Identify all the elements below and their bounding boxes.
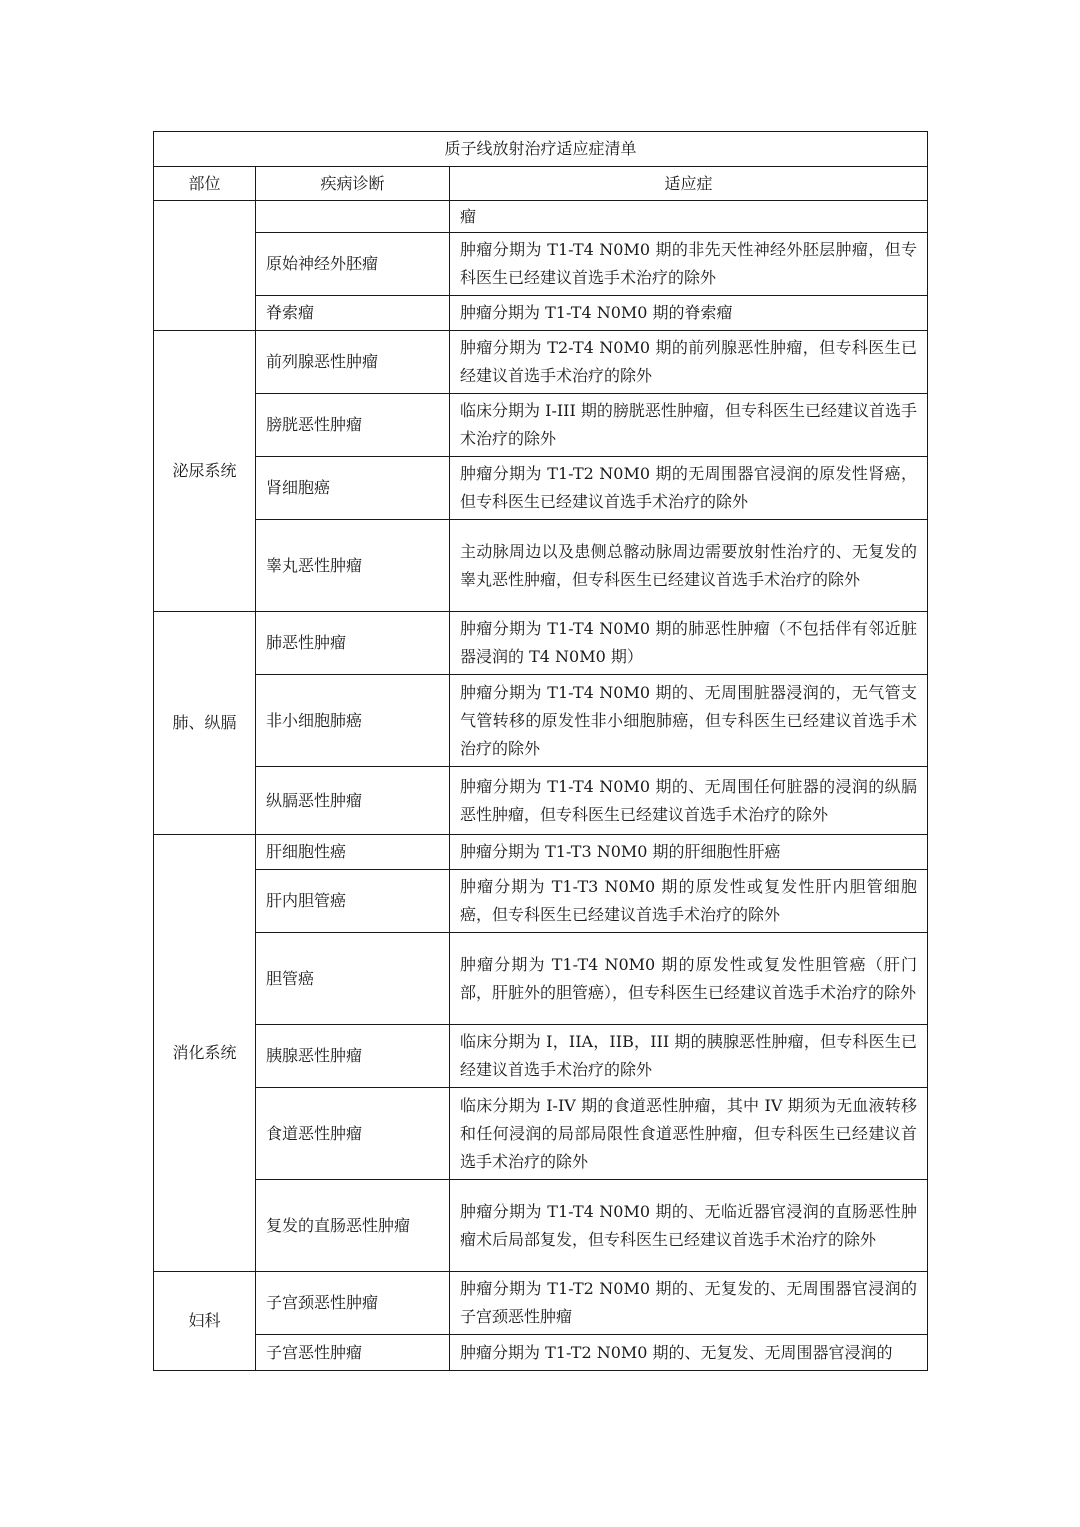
table-row: 胰腺恶性肿瘤 临床分期为 I，IIA，IIB，III 期的胰腺恶性肿瘤，但专科医…: [154, 1025, 928, 1088]
table-row: 泌尿系统 前列腺恶性肿瘤 肿瘤分期为 T2-T4 N0M0 期的前列腺恶性肿瘤，…: [154, 331, 928, 394]
table-row: 胆管癌 肿瘤分期为 T1-T4 N0M0 期的原发性或复发性胆管癌（肝门部，肝脏…: [154, 933, 928, 1025]
indication-cell: 主动脉周边以及患侧总髂动脉周边需要放射性治疗的、无复发的睾丸恶性肿瘤，但专科医生…: [450, 520, 928, 612]
table-row: 原始神经外胚瘤 肿瘤分期为 T1-T4 N0M0 期的非先天性神经外胚层肿瘤，但…: [154, 233, 928, 296]
diagnosis-cell: 食道恶性肿瘤: [256, 1088, 450, 1180]
header-indication: 适应症: [450, 167, 928, 201]
indication-cell: 肿瘤分期为 T1-T4 N0M0 期的肺恶性肿瘤（不包括伴有邻近脏器浸润的 T4…: [450, 612, 928, 675]
indication-cell: 肿瘤分期为 T1-T4 N0M0 期的原发性或复发性胆管癌（肝门部，肝脏外的胆管…: [450, 933, 928, 1025]
table-row: 非小细胞肺癌 肿瘤分期为 T1-T4 N0M0 期的、无周围脏器浸润的，无气管支…: [154, 675, 928, 767]
header-row: 部位 疾病诊断 适应症: [154, 167, 928, 201]
diagnosis-cell: 子宫恶性肿瘤: [256, 1335, 450, 1371]
table-row: 瘤: [154, 201, 928, 233]
table-row: 纵膈恶性肿瘤 肿瘤分期为 T1-T4 N0M0 期的、无周围任何脏器的浸润的纵膈…: [154, 767, 928, 835]
indication-cell: 肿瘤分期为 T1-T2 N0M0 期的、无复发、无周围器官浸润的: [450, 1335, 928, 1371]
table-row: 脊索瘤 肿瘤分期为 T1-T4 N0M0 期的脊索瘤: [154, 296, 928, 331]
table-row: 妇科 子宫颈恶性肿瘤 肿瘤分期为 T1-T2 N0M0 期的、无复发的、无周围器…: [154, 1272, 928, 1335]
indication-cell: 临床分期为 I，IIA，IIB，III 期的胰腺恶性肿瘤，但专科医生已经建议首选…: [450, 1025, 928, 1088]
table-row: 子宫恶性肿瘤 肿瘤分期为 T1-T2 N0M0 期的、无复发、无周围器官浸润的: [154, 1335, 928, 1371]
header-region: 部位: [154, 167, 256, 201]
diagnosis-cell: 膀胱恶性肿瘤: [256, 394, 450, 457]
diagnosis-cell: 肝细胞性癌: [256, 835, 450, 870]
title-row: 质子线放射治疗适应症清单: [154, 132, 928, 167]
indication-cell: 肿瘤分期为 T1-T4 N0M0 期的、无周围脏器浸润的，无气管支气管转移的原发…: [450, 675, 928, 767]
diagnosis-cell: [256, 201, 450, 233]
indication-cell: 临床分期为 I-III 期的膀胱恶性肿瘤，但专科医生已经建议首选手术治疗的除外: [450, 394, 928, 457]
region-cell: [154, 201, 256, 331]
indication-cell: 肿瘤分期为 T2-T4 N0M0 期的前列腺恶性肿瘤，但专科医生已经建议首选手术…: [450, 331, 928, 394]
table-row: 复发的直肠恶性肿瘤 肿瘤分期为 T1-T4 N0M0 期的、无临近器官浸润的直肠…: [154, 1180, 928, 1272]
diagnosis-cell: 胆管癌: [256, 933, 450, 1025]
region-cell: 妇科: [154, 1272, 256, 1371]
table-row: 肾细胞癌 肿瘤分期为 T1-T2 N0M0 期的无周围器官浸润的原发性肾癌，但专…: [154, 457, 928, 520]
diagnosis-cell: 原始神经外胚瘤: [256, 233, 450, 296]
diagnosis-cell: 胰腺恶性肿瘤: [256, 1025, 450, 1088]
diagnosis-cell: 前列腺恶性肿瘤: [256, 331, 450, 394]
diagnosis-cell: 非小细胞肺癌: [256, 675, 450, 767]
table-title: 质子线放射治疗适应症清单: [154, 132, 928, 167]
region-cell: 消化系统: [154, 835, 256, 1272]
indication-cell: 肿瘤分期为 T1-T2 N0M0 期的、无复发的、无周围器官浸润的子宫颈恶性肿瘤: [450, 1272, 928, 1335]
indication-cell: 瘤: [450, 201, 928, 233]
diagnosis-cell: 复发的直肠恶性肿瘤: [256, 1180, 450, 1272]
diagnosis-cell: 纵膈恶性肿瘤: [256, 767, 450, 835]
header-diagnosis: 疾病诊断: [256, 167, 450, 201]
diagnosis-cell: 肝内胆管癌: [256, 870, 450, 933]
diagnosis-cell: 脊索瘤: [256, 296, 450, 331]
table-row: 消化系统 肝细胞性癌 肿瘤分期为 T1-T3 N0M0 期的肝细胞性肝癌: [154, 835, 928, 870]
region-cell: 泌尿系统: [154, 331, 256, 612]
table-row: 膀胱恶性肿瘤 临床分期为 I-III 期的膀胱恶性肿瘤，但专科医生已经建议首选手…: [154, 394, 928, 457]
table-row: 睾丸恶性肿瘤 主动脉周边以及患侧总髂动脉周边需要放射性治疗的、无复发的睾丸恶性肿…: [154, 520, 928, 612]
indication-cell: 肿瘤分期为 T1-T3 N0M0 期的肝细胞性肝癌: [450, 835, 928, 870]
diagnosis-cell: 肺恶性肿瘤: [256, 612, 450, 675]
table-row: 肺、纵膈 肺恶性肿瘤 肿瘤分期为 T1-T4 N0M0 期的肺恶性肿瘤（不包括伴…: [154, 612, 928, 675]
indication-cell: 肿瘤分期为 T1-T4 N0M0 期的、无周围任何脏器的浸润的纵膈恶性肿瘤，但专…: [450, 767, 928, 835]
indication-cell: 肿瘤分期为 T1-T4 N0M0 期的非先天性神经外胚层肿瘤，但专科医生已经建议…: [450, 233, 928, 296]
diagnosis-cell: 子宫颈恶性肿瘤: [256, 1272, 450, 1335]
table-row: 肝内胆管癌 肿瘤分期为 T1-T3 N0M0 期的原发性或复发性肝内胆管细胞癌，…: [154, 870, 928, 933]
indication-cell: 肿瘤分期为 T1-T4 N0M0 期的脊索瘤: [450, 296, 928, 331]
indications-table: 质子线放射治疗适应症清单 部位 疾病诊断 适应症 瘤 原始神经外胚瘤 肿瘤分期为…: [153, 131, 928, 1371]
region-cell: 肺、纵膈: [154, 612, 256, 835]
indication-cell: 肿瘤分期为 T1-T2 N0M0 期的无周围器官浸润的原发性肾癌，但专科医生已经…: [450, 457, 928, 520]
diagnosis-cell: 睾丸恶性肿瘤: [256, 520, 450, 612]
indication-cell: 肿瘤分期为 T1-T4 N0M0 期的、无临近器官浸润的直肠恶性肿瘤术后局部复发…: [450, 1180, 928, 1272]
indication-cell: 临床分期为 I-IV 期的食道恶性肿瘤，其中 IV 期须为无血液转移和任何浸润的…: [450, 1088, 928, 1180]
diagnosis-cell: 肾细胞癌: [256, 457, 450, 520]
table-row: 食道恶性肿瘤 临床分期为 I-IV 期的食道恶性肿瘤，其中 IV 期须为无血液转…: [154, 1088, 928, 1180]
indication-cell: 肿瘤分期为 T1-T3 N0M0 期的原发性或复发性肝内胆管细胞癌，但专科医生已…: [450, 870, 928, 933]
